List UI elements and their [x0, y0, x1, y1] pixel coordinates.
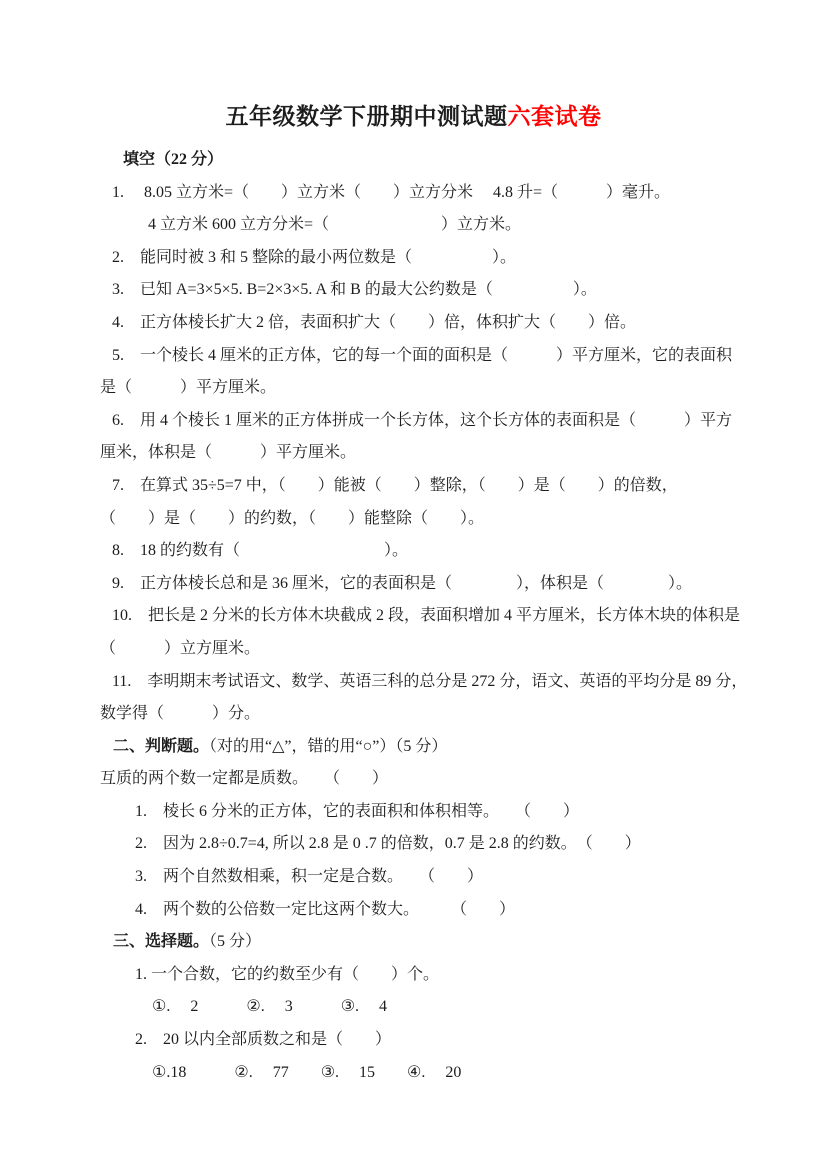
question-line: 1. 一个合数，它的约数至少有（ ）个。	[100, 959, 740, 992]
choice-options-line: ①.18 ②. 77 ③. 15 ④. 20	[100, 1057, 740, 1090]
question-line: 数学得（ ）分。	[100, 698, 740, 731]
judge-heading-note: （对的用“△”，错的用“○”）（5 分）	[209, 738, 447, 755]
question-line: 9. 正方体棱长总和是 36 厘米，它的表面积是（ ），体积是（ ）。	[100, 568, 740, 601]
question-line: 6. 用 4 个棱长 1 厘米的正方体拼成一个长方体，这个长方体的表面积是（ ）…	[100, 405, 740, 438]
question-line: 8. 18 的约数有（ ）。	[100, 535, 740, 568]
question-line: 4. 正方体棱长扩大 2 倍，表面积扩大（ ）倍，体积扩大（ ）倍。	[100, 307, 740, 340]
question-line: 是（ ）平方厘米。	[100, 372, 740, 405]
section-heading-judge: 二、判断题。（对的用“△”，错的用“○”）（5 分）	[100, 731, 740, 764]
section-heading-fill: 填空（22 分）	[100, 144, 740, 177]
question-line: （ ）是（ ）的约数，（ ）能整除（ ）。	[100, 503, 740, 536]
test-paper-page: 五年级数学下册期中测试题六套试卷 填空（22 分） 1. 8.05 立方米=（ …	[0, 0, 827, 1169]
question-line: 11. 李明期末考试语文、数学、英语三科的总分是 272 分，语文、英语的平均分…	[100, 666, 740, 699]
question-line: 2. 20 以内全部质数之和是（ ）	[100, 1024, 740, 1057]
question-line: 厘米，体积是（ ）平方厘米。	[100, 437, 740, 470]
question-line: （ ）立方厘米。	[100, 633, 740, 666]
question-line: 5. 一个棱长 4 厘米的正方体，它的每一个面的面积是（ ）平方厘米，它的表面积	[100, 340, 740, 373]
question-line: 3. 已知 A=3×5×5. B=2×3×5. A 和 B 的最大公约数是（ ）…	[100, 274, 740, 307]
section-heading-choice: 三、选择题。（5 分）	[100, 926, 740, 959]
title-highlight-text: 六套试卷	[508, 104, 602, 129]
choice-heading-title: 三、选择题。	[113, 933, 209, 950]
question-line: 互质的两个数一定都是质数。 （ ）	[100, 763, 740, 796]
question-line: 4 立方米 600 立方分米=（ ）立方米。	[100, 209, 740, 242]
question-line: 3. 两个自然数相乘，积一定是合数。 （ ）	[100, 861, 740, 894]
question-line: 2. 因为 2.8÷0.7=4, 所以 2.8 是 0 .7 的倍数，0.7 是…	[100, 828, 740, 861]
document-body: 填空（22 分） 1. 8.05 立方米=（ ）立方米（ ）立方分米 4.8 升…	[100, 144, 740, 1089]
question-line: 4. 两个数的公倍数一定比这两个数大。 （ ）	[100, 894, 740, 927]
page-title: 五年级数学下册期中测试题六套试卷	[0, 100, 827, 134]
question-line: 1. 8.05 立方米=（ ）立方米（ ）立方分米 4.8 升=（ ）毫升。	[100, 177, 740, 210]
judge-heading-title: 二、判断题。	[113, 738, 209, 755]
question-line: 7. 在算式 35÷5=7 中，（ ）能被（ ）整除，（ ）是（ ）的倍数，	[100, 470, 740, 503]
question-line: 10. 把长是 2 分米的长方体木块截成 2 段，表面积增加 4 平方厘米，长方…	[100, 600, 740, 633]
title-main-text: 五年级数学下册期中测试题	[226, 104, 508, 129]
question-line: 2. 能同时被 3 和 5 整除的最小两位数是（ ）。	[100, 242, 740, 275]
choice-options-line: ①. 2 ②. 3 ③. 4	[100, 991, 740, 1024]
question-line: 1. 棱长 6 分米的正方体，它的表面积和体积相等。 （ ）	[100, 796, 740, 829]
choice-heading-note: （5 分）	[209, 933, 261, 950]
